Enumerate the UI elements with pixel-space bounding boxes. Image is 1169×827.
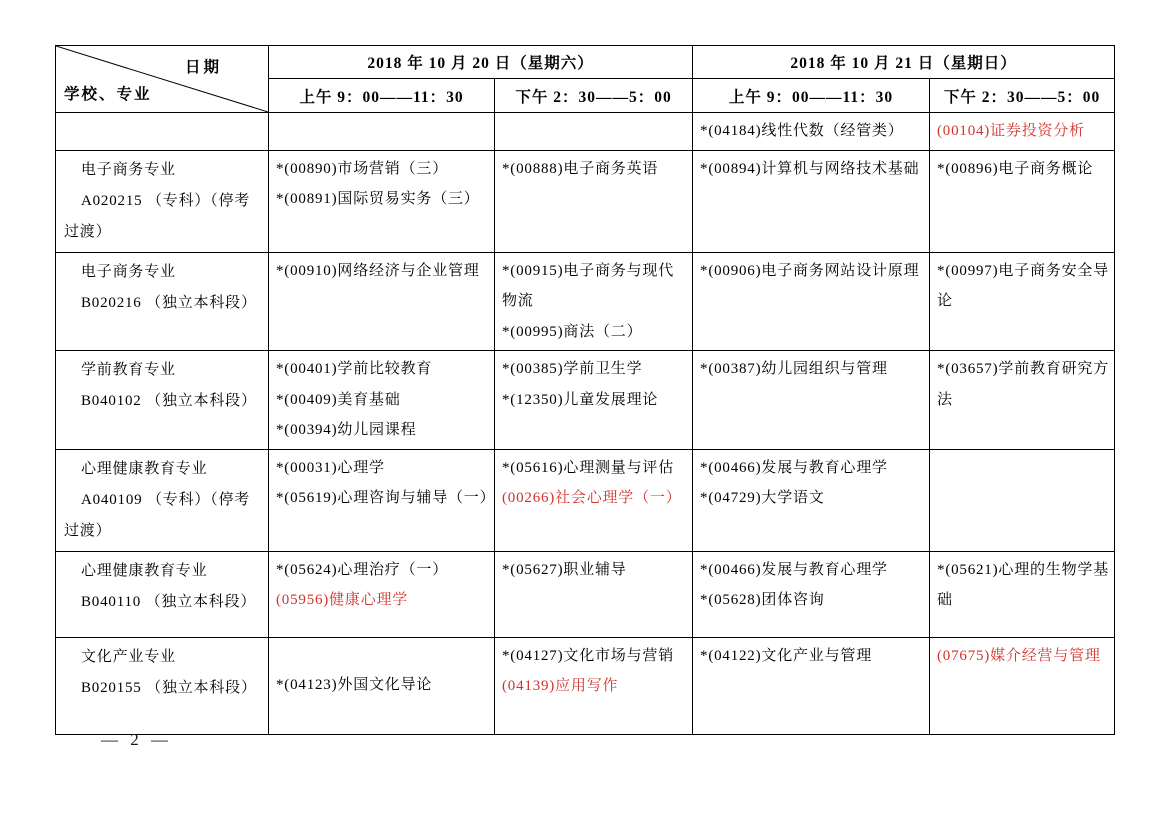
exam-schedule-table: 日期 学校、专业 2018 年 10 月 20 日（星期六） 2018 年 10… bbox=[55, 45, 1115, 735]
course-item: *(00891)国际贸易实务（三） bbox=[276, 184, 489, 215]
school-major-line: 文化产业专业 bbox=[64, 642, 262, 673]
course-item: *(05627)职业辅导 bbox=[502, 555, 687, 586]
school-major-line: B020216 （独立本科段） bbox=[64, 288, 262, 319]
course-item: *(00466)发展与教育心理学 bbox=[700, 453, 924, 484]
school-major-line: B040102 （独立本科段） bbox=[64, 386, 262, 417]
time-header-sun-pm: 下午 2：30——5：00 bbox=[930, 79, 1115, 113]
course-cell: *(00385)学前卫生学*(12350)儿童发展理论 bbox=[495, 351, 693, 450]
course-cell: *(05627)职业辅导 bbox=[495, 551, 693, 637]
course-cell bbox=[930, 449, 1115, 551]
course-item: *(00031)心理学 bbox=[276, 453, 489, 484]
course-cell: *(00906)电子商务网站设计原理 bbox=[693, 252, 930, 351]
course-item: *(03657)学前教育研究方法 bbox=[937, 354, 1109, 415]
course-cell: (00104)证券投资分析 bbox=[930, 113, 1115, 151]
day-header-saturday: 2018 年 10 月 20 日（星期六） bbox=[269, 46, 693, 79]
course-item: *(05621)心理的生物学基础 bbox=[937, 555, 1109, 616]
course-item: *(00466)发展与教育心理学 bbox=[700, 555, 924, 586]
course-item: *(00910)网络经济与企业管理 bbox=[276, 256, 489, 287]
course-item-highlighted: (00104)证券投资分析 bbox=[937, 116, 1109, 147]
course-item: *(00896)电子商务概论 bbox=[937, 154, 1109, 185]
course-item: *(00915)电子商务与现代物流 bbox=[502, 256, 687, 317]
school-major-cell: 文化产业专业B020155 （独立本科段） bbox=[56, 637, 269, 734]
table-header: 日期 学校、专业 2018 年 10 月 20 日（星期六） 2018 年 10… bbox=[56, 46, 1115, 113]
course-item: *(00409)美育基础 bbox=[276, 385, 489, 416]
course-item: *(00385)学前卫生学 bbox=[502, 354, 687, 385]
course-cell: *(00387)幼儿园组织与管理 bbox=[693, 351, 930, 450]
course-item-highlighted: (00266)社会心理学（一） bbox=[502, 483, 687, 514]
course-cell: *(00890)市场营销（三）*(00891)国际贸易实务（三） bbox=[269, 150, 495, 252]
course-item-highlighted: (07675)媒介经营与管理 bbox=[937, 641, 1109, 672]
course-cell: *(04127)文化市场与营销(04139)应用写作 bbox=[495, 637, 693, 734]
course-cell: *(05621)心理的生物学基础 bbox=[930, 551, 1115, 637]
school-major-cell: 心理健康教育专业B040110 （独立本科段） bbox=[56, 551, 269, 637]
school-major-cell: 电子商务专业A020215 （专科）（停考过渡） bbox=[56, 150, 269, 252]
course-cell: *(00466)发展与教育心理学*(04729)大学语文 bbox=[693, 449, 930, 551]
course-cell: *(05624)心理治疗（一）(05956)健康心理学 bbox=[269, 551, 495, 637]
course-cell: (07675)媒介经营与管理 bbox=[930, 637, 1115, 734]
course-item: *(00387)幼儿园组织与管理 bbox=[700, 354, 924, 385]
course-cell: *(00401)学前比较教育*(00409)美育基础*(00394)幼儿园课程 bbox=[269, 351, 495, 450]
course-cell: *(00031)心理学*(05619)心理咨询与辅导（一） bbox=[269, 449, 495, 551]
course-item: *(00890)市场营销（三） bbox=[276, 154, 489, 185]
course-cell: *(00894)计算机与网络技术基础 bbox=[693, 150, 930, 252]
school-major-line: 电子商务专业 bbox=[64, 257, 262, 288]
table-body: *(04184)线性代数（经管类）(00104)证券投资分析电子商务专业A020… bbox=[56, 113, 1115, 735]
course-item-highlighted: (05956)健康心理学 bbox=[276, 585, 489, 616]
school-major-line: 心理健康教育专业 bbox=[64, 556, 262, 587]
course-cell: *(04122)文化产业与管理 bbox=[693, 637, 930, 734]
course-item: *(00995)商法（二） bbox=[502, 317, 687, 348]
school-major-cell: 心理健康教育专业A040109 （专科）（停考过渡） bbox=[56, 449, 269, 551]
table-row: 心理健康教育专业B040110 （独立本科段）*(05624)心理治疗（一）(0… bbox=[56, 551, 1115, 637]
table-row: 心理健康教育专业A040109 （专科）（停考过渡）*(00031)心理学*(0… bbox=[56, 449, 1115, 551]
course-cell: *(00896)电子商务概论 bbox=[930, 150, 1115, 252]
course-cell: *(05616)心理测量与评估(00266)社会心理学（一） bbox=[495, 449, 693, 551]
table-row: 电子商务专业B020216 （独立本科段）*(00910)网络经济与企业管理*(… bbox=[56, 252, 1115, 351]
school-major-line: B020155 （独立本科段） bbox=[64, 673, 262, 704]
time-header-sat-am: 上午 9：00——11：30 bbox=[269, 79, 495, 113]
course-cell: *(04184)线性代数（经管类） bbox=[693, 113, 930, 151]
course-cell: *(00997)电子商务安全导论 bbox=[930, 252, 1115, 351]
course-item: *(04729)大学语文 bbox=[700, 483, 924, 514]
course-item: *(05616)心理测量与评估 bbox=[502, 453, 687, 484]
time-header-sun-am: 上午 9：00——11：30 bbox=[693, 79, 930, 113]
course-cell: *(00466)发展与教育心理学*(05628)团体咨询 bbox=[693, 551, 930, 637]
course-item: *(00401)学前比较教育 bbox=[276, 354, 489, 385]
course-cell: *(03657)学前教育研究方法 bbox=[930, 351, 1115, 450]
table-row: 文化产业专业B020155 （独立本科段）*(04123)外国文化导论*(041… bbox=[56, 637, 1115, 734]
school-major-cell: 电子商务专业B020216 （独立本科段） bbox=[56, 252, 269, 351]
page-number: — 2 — bbox=[101, 730, 172, 750]
course-item: *(00894)计算机与网络技术基础 bbox=[700, 154, 924, 185]
table-row: 学前教育专业B040102 （独立本科段）*(00401)学前比较教育*(004… bbox=[56, 351, 1115, 450]
table-row: 电子商务专业A020215 （专科）（停考过渡）*(00890)市场营销（三）*… bbox=[56, 150, 1115, 252]
course-cell bbox=[269, 113, 495, 151]
course-item: *(05619)心理咨询与辅导（一） bbox=[276, 483, 489, 514]
course-item-highlighted: (04139)应用写作 bbox=[502, 671, 687, 702]
course-item: *(00997)电子商务安全导论 bbox=[937, 256, 1109, 317]
school-major-line: 学前教育专业 bbox=[64, 355, 262, 386]
course-item: *(00888)电子商务英语 bbox=[502, 154, 687, 185]
course-cell bbox=[495, 113, 693, 151]
school-major-line: A040109 （专科）（停考过渡） bbox=[64, 485, 262, 547]
header-row-dates: 日期 学校、专业 2018 年 10 月 20 日（星期六） 2018 年 10… bbox=[56, 46, 1115, 79]
corner-label-school-major: 学校、专业 bbox=[64, 82, 152, 104]
course-cell: *(00910)网络经济与企业管理 bbox=[269, 252, 495, 351]
table-row: *(04184)线性代数（经管类）(00104)证券投资分析 bbox=[56, 113, 1115, 151]
school-major-line: 电子商务专业 bbox=[64, 155, 262, 186]
school-major-cell bbox=[56, 113, 269, 151]
course-item: *(12350)儿童发展理论 bbox=[502, 385, 687, 416]
course-item: *(05624)心理治疗（一） bbox=[276, 555, 489, 586]
time-header-sat-pm: 下午 2：30——5：00 bbox=[495, 79, 693, 113]
course-item: *(04123)外国文化导论 bbox=[276, 670, 489, 701]
day-header-sunday: 2018 年 10 月 21 日（星期日） bbox=[693, 46, 1115, 79]
corner-label-date: 日期 bbox=[185, 55, 222, 77]
school-major-cell: 学前教育专业B040102 （独立本科段） bbox=[56, 351, 269, 450]
course-item: *(04122)文化产业与管理 bbox=[700, 641, 924, 672]
course-item: *(04184)线性代数（经管类） bbox=[700, 116, 924, 147]
school-major-line: 心理健康教育专业 bbox=[64, 454, 262, 485]
course-cell: *(00915)电子商务与现代物流*(00995)商法（二） bbox=[495, 252, 693, 351]
course-cell: *(04123)外国文化导论 bbox=[269, 637, 495, 734]
school-major-line: B040110 （独立本科段） bbox=[64, 587, 262, 618]
course-item: *(05628)团体咨询 bbox=[700, 585, 924, 616]
course-item: *(00906)电子商务网站设计原理 bbox=[700, 256, 924, 287]
course-cell: *(00888)电子商务英语 bbox=[495, 150, 693, 252]
course-item: *(00394)幼儿园课程 bbox=[276, 415, 489, 446]
course-item: *(04127)文化市场与营销 bbox=[502, 641, 687, 672]
corner-cell: 日期 学校、专业 bbox=[56, 46, 269, 113]
school-major-line: A020215 （专科）（停考过渡） bbox=[64, 186, 262, 248]
